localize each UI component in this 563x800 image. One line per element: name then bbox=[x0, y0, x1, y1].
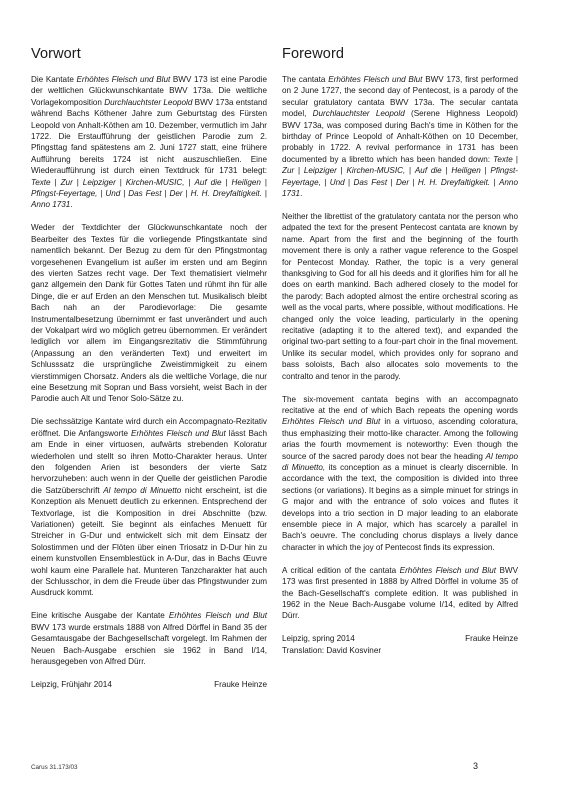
paragraph: A critical edition of the cantata Erhöht… bbox=[282, 565, 518, 622]
italic-title: Texte bbox=[493, 155, 513, 164]
italic-title: H. H. Dreyfaltigkeit. bbox=[191, 189, 262, 198]
italic-title: Durchlauchtster Leo­pold bbox=[104, 98, 192, 107]
german-author: Frauke Heinze bbox=[214, 679, 267, 690]
italic-title: Pfingst-Feyertage, bbox=[31, 189, 97, 198]
italic-title: Und bbox=[330, 178, 345, 187]
italic-title: Der bbox=[396, 178, 409, 187]
german-place-date: Leipzig, Frühjahr 2014 bbox=[31, 679, 112, 690]
paragraph: Die Kantate Erhöhtes Fleisch und Blut BW… bbox=[31, 74, 267, 211]
italic-title: Anno 1731 bbox=[31, 200, 70, 209]
italic-title: Erhöhtes Fleisch und Blut bbox=[169, 611, 267, 620]
german-signature: Leipzig, Frühjahr 2014 Frauke Heinze bbox=[31, 679, 267, 690]
paragraph: Die sechssätzige Kantate wird durch ein … bbox=[31, 416, 267, 599]
italic-title: Erhöhtes Fleisch und Blut bbox=[76, 75, 170, 84]
italic-title: Durchlauchtster Leopold bbox=[313, 109, 405, 118]
german-paragraphs: Die Kantate Erhöhtes Fleisch und Blut BW… bbox=[31, 74, 267, 667]
german-body: Die Kantate Erhöhtes Fleisch und Blut BW… bbox=[31, 74, 267, 690]
catalog-number: Carus 31.173/03 bbox=[31, 764, 78, 771]
italic-title: Kirchen-MUSIC, bbox=[126, 178, 185, 187]
italic-title: Erhöhtes Fleisch und Blut bbox=[282, 417, 380, 426]
page-number: 3 bbox=[473, 761, 478, 771]
italic-title: Auf die bbox=[415, 166, 442, 175]
english-translator: Translation: David Kosviner bbox=[282, 645, 518, 656]
italic-title: Erhöhtes Fleisch und Blut bbox=[328, 75, 422, 84]
italic-title: Texte bbox=[31, 178, 51, 187]
italic-title: Der bbox=[170, 189, 183, 198]
italic-title: Zur bbox=[61, 178, 73, 187]
italic-title: Und bbox=[105, 189, 120, 198]
italic-title: Heiligen bbox=[232, 178, 261, 187]
italic-title: H. H. Dreyfaltigkeit. bbox=[418, 178, 490, 187]
paragraph: Neither the librettist of the gratulator… bbox=[282, 211, 518, 382]
italic-title: Das Fest bbox=[353, 178, 387, 187]
italic-title: Al tempo di Minuetto, bbox=[282, 452, 518, 472]
english-heading: Foreword bbox=[282, 46, 344, 62]
paragraph: The six-movement cantata begins with an … bbox=[282, 394, 518, 554]
italic-title: Heiligen bbox=[451, 166, 480, 175]
italic-title: Leip­ziger bbox=[304, 166, 337, 175]
italic-title: Kirchen-MUSIC, bbox=[347, 166, 406, 175]
paragraph: The cantata Erhöhtes Fleisch und Blut BW… bbox=[282, 74, 518, 199]
italic-title: Leipziger bbox=[83, 178, 116, 187]
english-signature: Leipzig, spring 2014 Frauke Heinze bbox=[282, 633, 518, 644]
english-paragraphs: The cantata Erhöhtes Fleisch und Blut BW… bbox=[282, 74, 518, 622]
italic-title: Erhöhtes Fleisch und Blut bbox=[400, 566, 496, 575]
paragraph: Weder der Textdichter der Glückwunschkan… bbox=[31, 222, 267, 405]
italic-title: Erhöhtes Fleisch und Blut bbox=[131, 429, 226, 438]
italic-title: Auf die bbox=[195, 178, 222, 187]
english-body: The cantata Erhöhtes Fleisch und Blut BW… bbox=[282, 74, 518, 656]
english-author: Frauke Heinze bbox=[465, 633, 518, 644]
paragraph: Eine kritische Ausgabe der Kantate Erhöh… bbox=[31, 610, 267, 667]
english-place-date: Leipzig, spring 2014 bbox=[282, 633, 355, 644]
italic-title: Das Fest bbox=[128, 189, 161, 198]
german-heading: Vorwort bbox=[31, 46, 81, 62]
italic-title: Al tempo di Mi­nuetto bbox=[103, 486, 181, 495]
italic-title: Zur bbox=[282, 166, 294, 175]
